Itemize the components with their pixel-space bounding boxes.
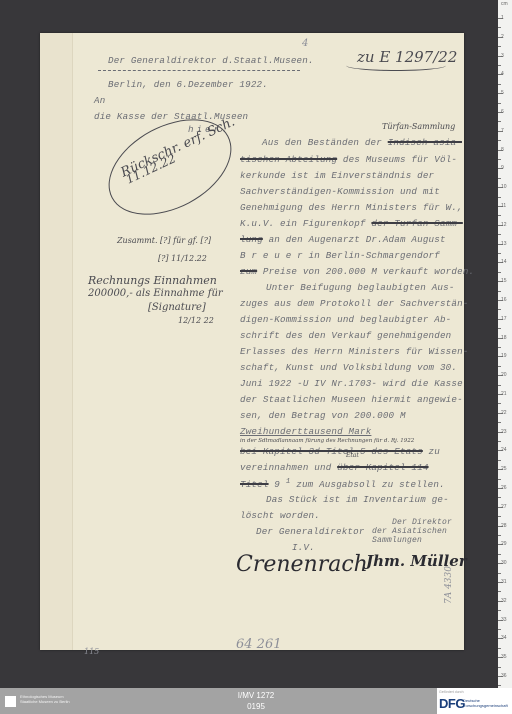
ruler-label: 19 <box>501 353 507 359</box>
body-line-12: digen-Kommission und beglaubigter Ab- <box>240 314 451 325</box>
ruler-label: 8 <box>501 147 504 153</box>
ruler-half-tick <box>498 422 501 423</box>
ruler-label: 27 <box>501 504 507 510</box>
margin-note-2-line-1: Zusammt. [?] für gf. [?] <box>117 236 211 245</box>
body-line-5: Genehmigung des Herrn Ministers für W., <box>240 202 463 213</box>
ruler-unit: cm <box>501 1 508 7</box>
ruler-label: 35 <box>501 654 507 660</box>
ruler-half-tick <box>498 159 501 160</box>
ruler-half-tick <box>498 441 501 442</box>
body-line-22: Titel 9 1 zum Ausgabsoll zu stellen. <box>240 478 445 490</box>
ruler-half-tick <box>498 385 501 386</box>
ruler-half-tick <box>498 554 501 555</box>
margin-note-3-line-1: Rechnungs Einnahmen <box>88 274 217 287</box>
ruler-label: 5 <box>501 90 504 96</box>
body-line-10: Unter Beifugung beglaubigten Aus- <box>266 282 455 293</box>
body-line-17: der Staatlichen Museen hiermit angewie- <box>240 394 463 405</box>
ruler-label: 21 <box>501 391 507 397</box>
ruler-label: 31 <box>501 579 507 585</box>
ruler-label: 9 <box>501 165 504 171</box>
signature-left-title: Der Generaldirektor <box>256 526 365 537</box>
body-line-4: Sachverständigen-Kommission und mit <box>240 186 440 197</box>
body-line-2: tischen Abteilung des Museums für Völ- <box>240 154 457 165</box>
ruler-label: 4 <box>501 71 504 77</box>
ruler-label: 24 <box>501 447 507 453</box>
ruler-half-tick <box>498 685 501 686</box>
ruler-half-tick <box>498 178 501 179</box>
signature-right-title-2: der Asiatischen <box>372 527 447 536</box>
right-edge-pencil: 7A 4330 <box>444 566 454 604</box>
ruler-half-tick <box>498 573 501 574</box>
ruler-half-tick <box>498 46 501 47</box>
body-line-1: Aus den Beständen der Indisch-asia- <box>262 137 462 148</box>
ruler-half-tick <box>498 84 501 85</box>
letterhead-rule <box>98 70 300 71</box>
ruler-half-tick <box>498 591 501 592</box>
body-line-7: lung an den Augenarzt Dr.Adam August <box>240 234 446 245</box>
place-date: Berlin, den 6.Dezember 1922. <box>108 79 268 90</box>
ruler-label: 2 <box>501 34 504 40</box>
insert-turfan: Türfan-Sammlung <box>382 122 455 131</box>
ruler-label: 6 <box>501 109 504 115</box>
bottom-pencil-number: 64 261 <box>236 637 282 652</box>
bottom-left-pencil: 115 <box>84 647 99 656</box>
ruler-label: 20 <box>501 372 507 378</box>
signature-right-title-1: Der Direktor <box>392 518 452 527</box>
ruler-label: 11 <box>501 203 506 209</box>
ruler-half-tick <box>498 535 501 536</box>
ruler-half-tick <box>498 610 501 611</box>
page-mark: 4 <box>302 38 308 49</box>
body-line-21: vereinnahmen und über Kapitel 114 <box>240 462 429 473</box>
addressee-prefix: An <box>94 95 105 106</box>
body-line-16: Juni 1922 -U IV Nr.1703- wird die Kasse <box>240 378 463 389</box>
body-line-6: K.u.V. ein Figurenkopf der Turfan-Samm- <box>240 218 463 229</box>
insert-etat: Etat <box>346 452 359 459</box>
ruler-half-tick <box>498 272 501 273</box>
amount-in-words: Zweihunderttausend Mark <box>240 426 371 437</box>
ruler-label: 16 <box>501 297 507 303</box>
body-line-8: B r e u e r in Berlin-Schmargendorf <box>240 250 440 261</box>
ruler-label: 22 <box>501 410 507 416</box>
body-line-18: sen, den Betrag von 200.000 M <box>240 410 406 421</box>
ruler-half-tick <box>498 234 501 235</box>
margin-note-2-line-2: [?] 11/12.22 <box>158 254 207 263</box>
ruler-label: 29 <box>501 541 507 547</box>
ruler-half-tick <box>498 140 501 141</box>
ruler-label: 34 <box>501 635 507 641</box>
ruler-label: 18 <box>501 335 507 341</box>
ruler-label: 23 <box>501 429 507 435</box>
body-line-14: Erlasses des Herrn Ministers für Wissen- <box>240 346 469 357</box>
ruler-label: 13 <box>501 241 507 247</box>
margin-note-3-line-2: 200000,- als Einnahme für <box>88 288 223 299</box>
body-line-24: löscht worden. <box>240 510 320 521</box>
ruler-label: 1 <box>501 15 504 21</box>
ruler-half-tick <box>498 291 501 292</box>
ruler-half-tick <box>498 629 501 630</box>
margin-note-3-line-4: 12/12 22 <box>178 316 214 325</box>
body-line-20: bei Kapitel 3d Titel 5 des Etats zu <box>240 446 440 457</box>
signature-right-title-3: Sammlungen <box>372 536 422 545</box>
signature-left: Crenenrach <box>236 552 368 577</box>
file-number-underline <box>346 60 446 71</box>
body-line-23: Das Stück ist im Inventarium ge- <box>266 494 449 505</box>
ruler-half-tick <box>498 121 501 122</box>
body-line-3: kerkunde ist im Einverständnis der <box>240 170 434 181</box>
ruler-half-tick <box>498 347 501 348</box>
ruler-half-tick <box>498 65 501 66</box>
ruler-label: 10 <box>501 184 507 190</box>
ruler-half-tick <box>498 403 501 404</box>
ruler-label: 3 <box>501 53 504 59</box>
archive-signature: I/MV 1272 <box>0 691 512 700</box>
ruler-label: 26 <box>501 485 507 491</box>
body-line-13: schrift des den Verkauf genehmigenden <box>240 330 451 341</box>
scale-ruler: cm 1234567891011121314151617181920212223… <box>498 0 512 688</box>
dfg-logo: Gefördert durch DFG Deutsche Forschungsg… <box>437 688 512 714</box>
footer-bar: Ethnologisches Museum Staatliche Museen … <box>0 688 512 714</box>
body-line-15: schaft, Kunst und Volksbildung vom 30. <box>240 362 457 373</box>
paper-fold-edge <box>40 33 73 650</box>
ruler-half-tick <box>498 497 501 498</box>
ruler-half-tick <box>498 27 501 28</box>
margin-note-3-line-3: [Signature] <box>148 302 206 313</box>
ruler-half-tick <box>498 103 501 104</box>
ruler-label: 25 <box>501 466 507 472</box>
ruler-label: 14 <box>501 259 507 265</box>
ruler-label: 32 <box>501 598 507 604</box>
insert-rechnung: in der Sdtmadlannaam fürung des Rechnung… <box>240 438 414 444</box>
ruler-label: 17 <box>501 316 507 322</box>
ruler-half-tick <box>498 648 501 649</box>
ruler-half-tick <box>498 479 501 480</box>
ruler-half-tick <box>498 667 501 668</box>
letterhead: Der Generaldirektor d.Staatl.Museen. <box>108 55 314 66</box>
ruler-label: 33 <box>501 617 507 623</box>
ruler-half-tick <box>498 328 501 329</box>
ruler-label: 28 <box>501 523 507 529</box>
ruler-half-tick <box>498 516 501 517</box>
ruler-label: 30 <box>501 560 507 566</box>
ruler-half-tick <box>498 366 501 367</box>
ruler-half-tick <box>498 215 501 216</box>
body-line-9: zum Preise von 200.000 M verkauft worden… <box>240 266 474 277</box>
ruler-label: 12 <box>501 222 507 228</box>
ruler-label: 7 <box>501 128 504 134</box>
ruler-label: 15 <box>501 278 507 284</box>
ruler-half-tick <box>498 253 501 254</box>
body-line-11: zuges aus dem Protokoll der Sachverstän- <box>240 298 469 309</box>
ruler-label: 36 <box>501 673 507 679</box>
ruler-half-tick <box>498 460 501 461</box>
page-number: 0195 <box>0 702 512 711</box>
ruler-half-tick <box>498 197 501 198</box>
ruler-half-tick <box>498 309 501 310</box>
